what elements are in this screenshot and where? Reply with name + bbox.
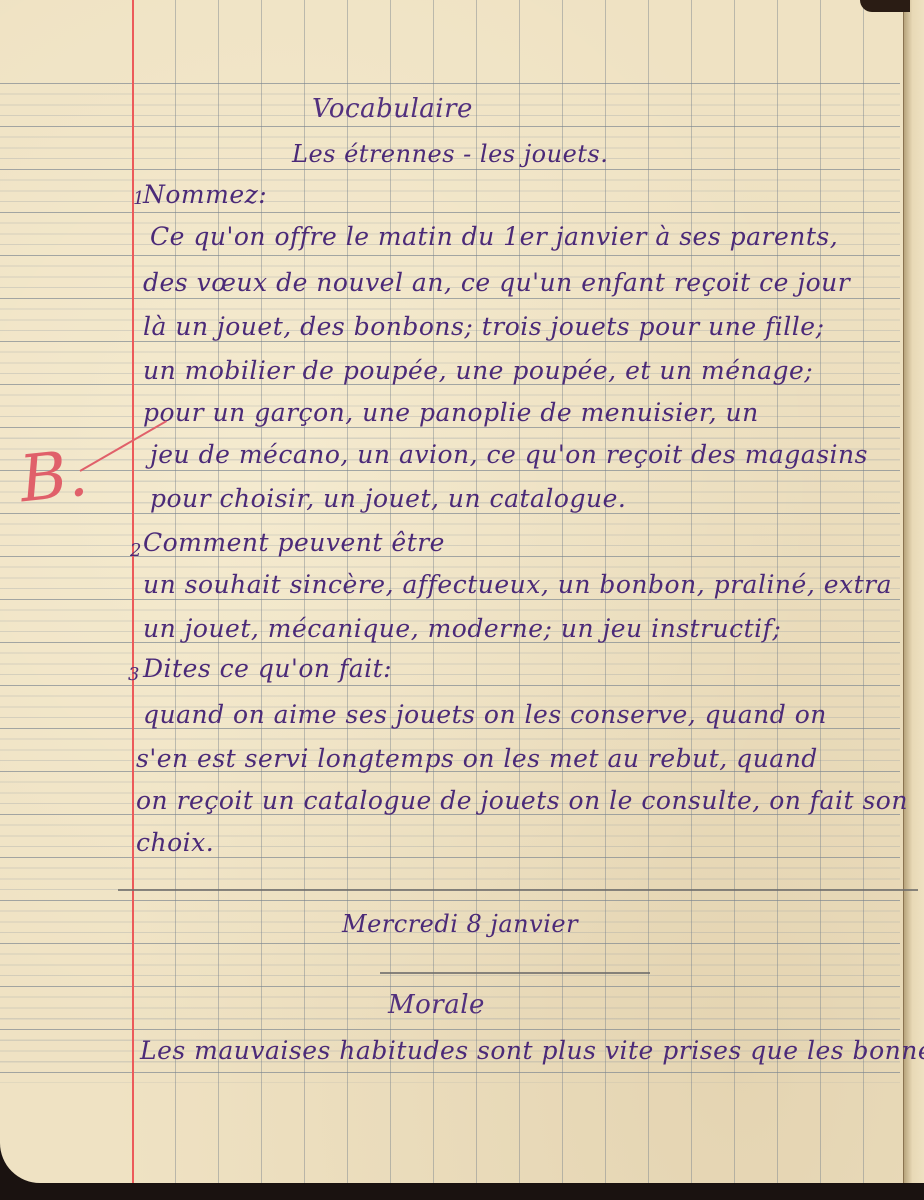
answer-line: un souhait sincère, affectueux, un bonbo…	[143, 570, 892, 599]
answer-line: Ce qu'on offre le matin du 1er janvier à…	[150, 222, 838, 251]
section-heading-vocabulaire: Vocabulaire	[312, 94, 473, 124]
answer-line: quand on aime ses jouets on les conserve…	[143, 700, 827, 729]
answer-line: on reçoit un catalogue de jouets on le c…	[136, 786, 908, 815]
section-divider	[118, 889, 918, 891]
answer-line: un mobilier de poupée, une poupée, et un…	[143, 356, 813, 385]
section-heading-morale: Morale	[388, 990, 485, 1020]
question-label-3: Dites ce qu'on fait:	[143, 654, 392, 683]
torn-corner	[860, 0, 910, 12]
answer-line: là un jouet, des bonbons; trois jouets p…	[143, 312, 825, 341]
date-underline	[380, 972, 650, 974]
question-label-2: Comment peuvent être	[143, 528, 445, 557]
answer-line: un jouet, mécanique, moderne; un jeu ins…	[143, 614, 781, 643]
margin-line	[132, 0, 134, 1183]
lesson-title: Les étrennes - les jouets.	[292, 140, 608, 168]
date-heading: Mercredi 8 janvier	[342, 910, 578, 938]
page-binding	[903, 0, 924, 1183]
grade-mark: B.	[16, 437, 91, 518]
question-number-2: 2	[130, 540, 142, 561]
question-label-1: Nommez:	[143, 180, 267, 209]
answer-line: des vœux de nouvel an, ce qu'un enfant r…	[143, 268, 850, 297]
question-number-3: 3	[128, 664, 140, 685]
answer-line: pour choisir, un jouet, un catalogue.	[150, 484, 626, 513]
answer-line: s'en est servi longtemps on les met au r…	[136, 744, 818, 773]
answer-line: jeu de mécano, un avion, ce qu'on reçoit…	[150, 440, 868, 469]
answer-line: pour un garçon, une panoplie de menuisie…	[143, 398, 759, 427]
notebook-page: Vocabulaire Les étrennes - les jouets. 1…	[0, 0, 924, 1183]
answer-line: choix.	[136, 828, 214, 857]
morale-sentence: Les mauvaises habitudes sont plus vite p…	[140, 1036, 924, 1065]
